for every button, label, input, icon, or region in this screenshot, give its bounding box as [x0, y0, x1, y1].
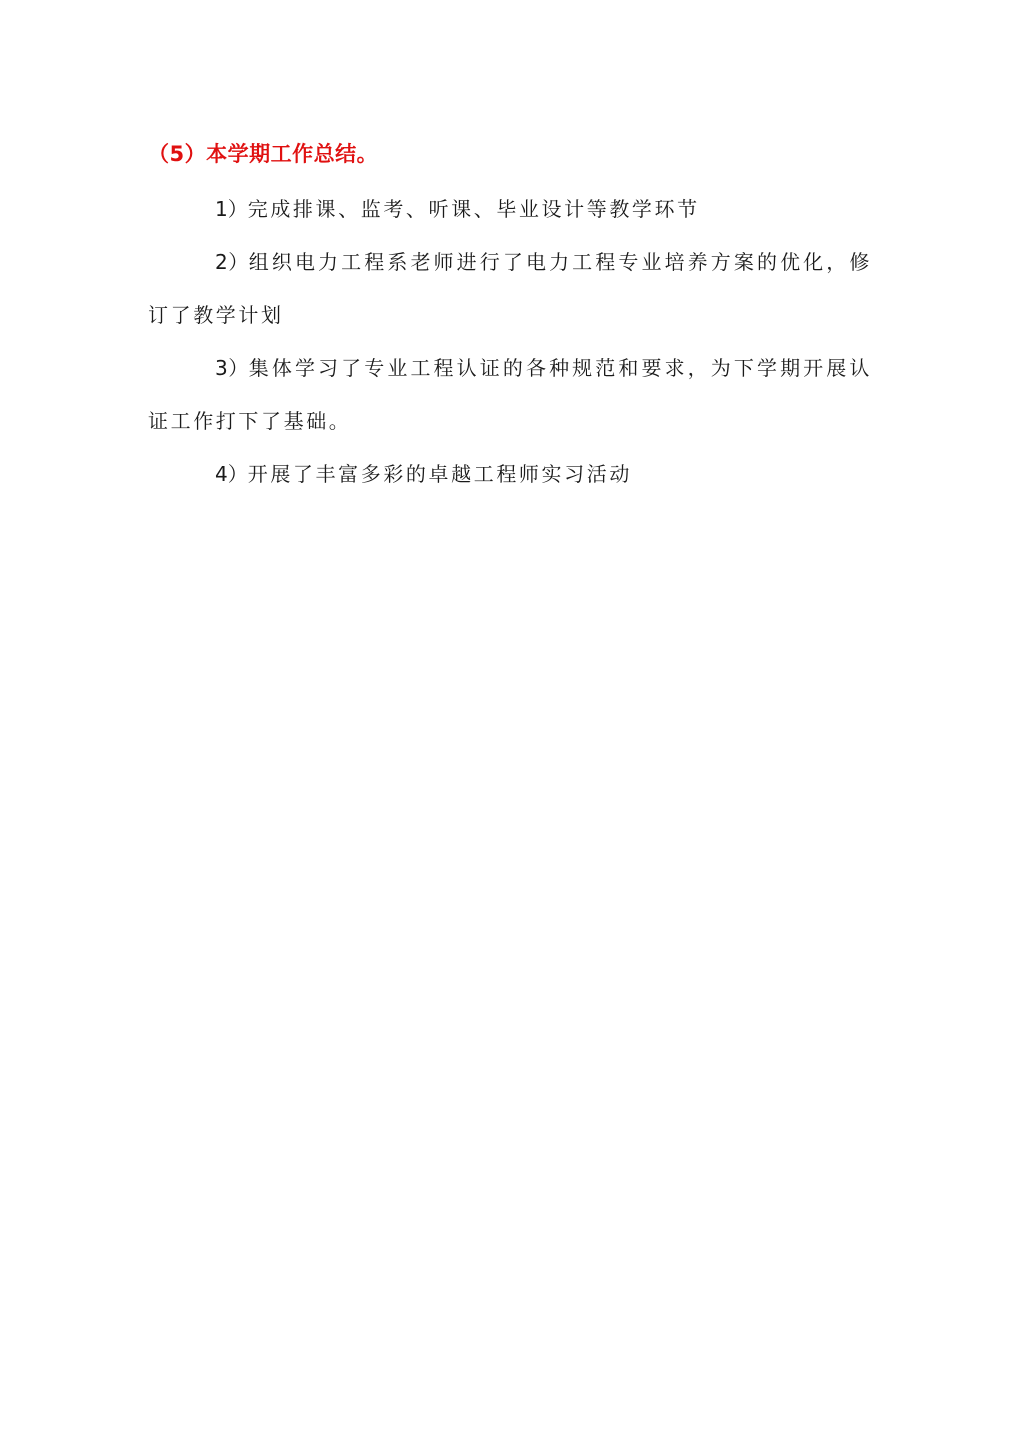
item-marker: 4） [215, 462, 248, 486]
document-page: （5）本学期工作总结。 1）完成排课、监考、听课、毕业设计等教学环节 2）组织电… [0, 0, 1024, 1448]
item-marker: 1） [215, 197, 248, 221]
item-text: 集体学习了专业工程认证的各种规范和要求，为下学期开展认证工作打下了基础。 [148, 356, 872, 433]
list-item: 1）完成排课、监考、听课、毕业设计等教学环节 [148, 183, 872, 236]
list-item: 3）集体学习了专业工程认证的各种规范和要求，为下学期开展认证工作打下了基础。 [148, 342, 872, 448]
list-item: 4）开展了丰富多彩的卓越工程师实习活动 [148, 448, 872, 501]
list-item: 2）组织电力工程系老师进行了电力工程专业培养方案的优化，修订了教学计划 [148, 236, 872, 342]
item-text: 组织电力工程系老师进行了电力工程专业培养方案的优化，修订了教学计划 [148, 250, 872, 327]
section-heading: （5）本学期工作总结。 [148, 136, 872, 172]
document-content: （5）本学期工作总结。 1）完成排课、监考、听课、毕业设计等教学环节 2）组织电… [148, 136, 872, 501]
item-text: 完成排课、监考、听课、毕业设计等教学环节 [248, 197, 700, 221]
item-marker: 3） [215, 356, 249, 380]
item-text: 开展了丰富多彩的卓越工程师实习活动 [248, 462, 632, 486]
item-marker: 2） [215, 250, 249, 274]
